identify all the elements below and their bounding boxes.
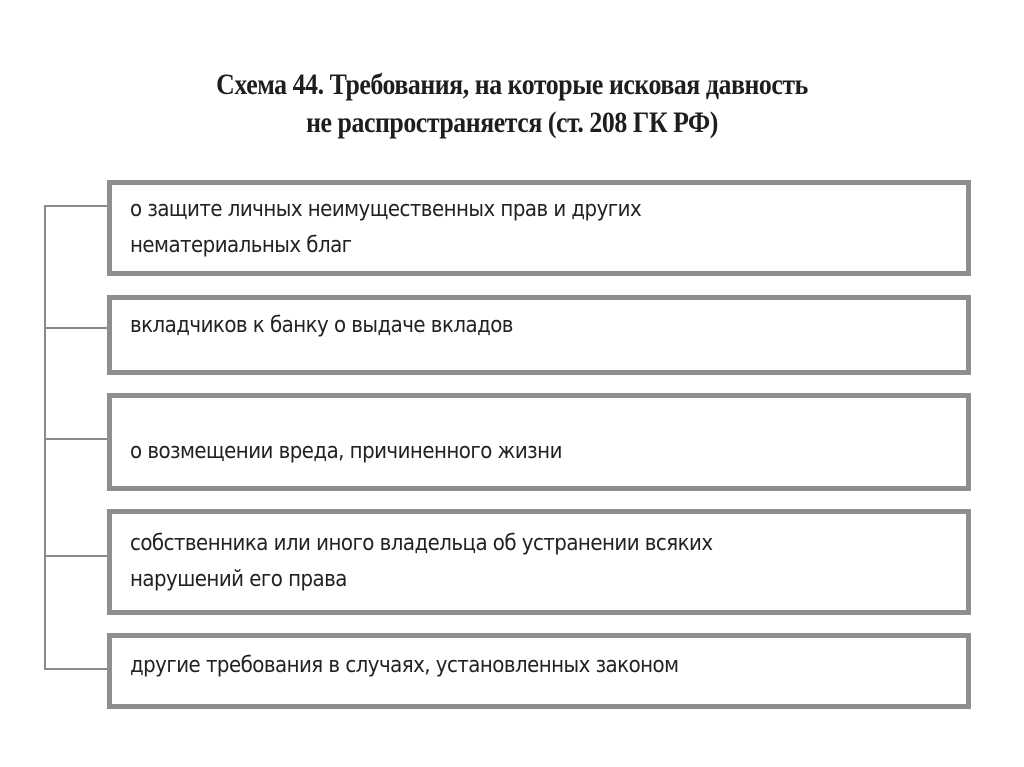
requirement-box-1: о защите личных неимущественных прав и д… bbox=[107, 180, 971, 276]
diagram-title: Схема 44. Требования, на которые исковая… bbox=[72, 66, 953, 142]
requirement-text-5: другие требования в случаях, установленн… bbox=[130, 648, 882, 684]
connector-branch-3 bbox=[44, 438, 107, 440]
title-line-1: Схема 44. Требования, на которые исковая… bbox=[72, 66, 953, 104]
requirement-box-3: о возмещении вреда, причиненного жизни bbox=[107, 393, 971, 491]
connector-branch-2 bbox=[44, 327, 107, 329]
connector-branch-4 bbox=[44, 555, 107, 557]
title-line-2: не распространяется (ст. 208 ГК РФ) bbox=[72, 104, 953, 142]
connector-branch-1 bbox=[44, 205, 107, 207]
requirement-text-2: вкладчиков к банку о выдаче вкладов bbox=[130, 308, 882, 344]
requirement-box-2: вкладчиков к банку о выдаче вкладов bbox=[107, 295, 971, 375]
requirement-text-1: о защите личных неимущественных прав и д… bbox=[130, 192, 882, 264]
requirement-box-4: собственника или иного владельца об устр… bbox=[107, 509, 971, 615]
requirement-text-4: собственника или иного владельца об устр… bbox=[130, 526, 882, 598]
requirement-box-5: другие требования в случаях, установленн… bbox=[107, 633, 971, 709]
requirement-text-3: о возмещении вреда, причиненного жизни bbox=[130, 434, 882, 470]
connector-branch-5 bbox=[44, 668, 107, 670]
